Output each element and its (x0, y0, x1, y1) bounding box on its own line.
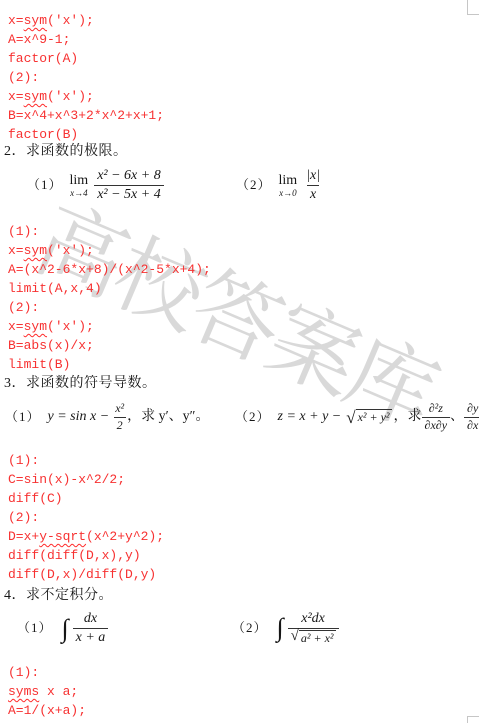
code-text: ('x'); (47, 319, 94, 334)
code-text: ('x'); (47, 13, 94, 28)
radicand: x² + y² (356, 409, 392, 425)
fraction-numerator: x² (112, 402, 127, 417)
square-root: √ x² + y² (346, 409, 391, 425)
formula-item-label: （1） (27, 178, 63, 193)
fraction-denominator: ∂x∂y (422, 417, 451, 433)
fraction-denominator: x + a (73, 628, 109, 646)
code-line: C=sin(x)-x^2/2; (8, 473, 125, 487)
code-line: limit(B) (8, 358, 70, 372)
fraction: x² − 6x + 8 x² − 5x + 4 (94, 168, 164, 203)
code-text: x= (8, 319, 24, 334)
fraction: |x| x (303, 168, 323, 203)
section-heading-limits: 2．求函数的极限。 (4, 144, 128, 160)
fraction: dx x + a (73, 611, 109, 646)
spellcheck-wavy-word: sym (24, 13, 47, 28)
section-heading-derivatives: 3．求函数的符号导数。 (4, 376, 157, 392)
code-text: ('x'); (47, 243, 94, 258)
fraction-denominator: ∂x (464, 417, 479, 433)
lim-subscript: x→0 (279, 188, 297, 198)
formula-integral-2: （2） ∫ x²dx √a² + x² (232, 611, 339, 646)
code-line: x=sym('x'); (8, 244, 94, 258)
code-text: x= (8, 89, 24, 104)
chinese-math-text: ，求 (394, 409, 422, 425)
fraction-numerator: x² − 6x + 8 (94, 168, 164, 185)
code-line: factor(A) (8, 52, 78, 66)
fraction-numerator: x²dx (298, 611, 328, 628)
code-line: factor(B) (8, 128, 78, 142)
spellcheck-wavy-word: sym (24, 243, 47, 258)
formula-item-label: （1） (17, 621, 53, 636)
formula-derivative-1: （1） y = sin x − x² 2 ，求 y′、y″。 (5, 402, 210, 433)
lim-word: lim (70, 174, 89, 188)
code-line: x=sym('x'); (8, 90, 94, 104)
fraction-denominator: x (307, 185, 319, 203)
formula-row-derivatives: （1） y = sin x − x² 2 ，求 y′、y″。 （2） z = x… (0, 402, 479, 450)
integral-sign-icon: ∫ (62, 616, 69, 642)
spellcheck-wavy-word: syms (8, 684, 39, 699)
enumeration-comma: 、 (450, 409, 464, 425)
radical-sign-icon: √ (291, 630, 299, 643)
formula-item-label: （2） (236, 178, 272, 193)
code-line: A=x^9-1; (8, 33, 70, 47)
lim-subscript: x→4 (70, 188, 88, 198)
radical-sign-icon: √ (346, 410, 355, 425)
fraction-numerator: dx (81, 611, 100, 628)
word-document-page: 高校答案库 x=sym('x'); A=x^9-1; factor(A) (2)… (0, 0, 479, 723)
spellcheck-wavy-word: sym (24, 89, 47, 104)
code-text: (x^2+y^2); (86, 529, 164, 544)
code-line: diff(C) (8, 492, 63, 506)
formula-item-label: （1） (5, 410, 41, 425)
fraction: x²dx √a² + x² (288, 611, 339, 646)
code-text: x a; (39, 684, 78, 699)
code-line: B=x^4+x^3+2*x^2+x+1; (8, 109, 164, 123)
fraction-numerator: |x| (303, 168, 323, 185)
fraction-denominator: 2 (114, 417, 126, 433)
code-line: D=x+y-sqrt(x^2+y^2); (8, 530, 164, 544)
code-line: x=sym('x'); (8, 14, 94, 28)
code-text: x= (8, 13, 24, 28)
formula-row-integrals: （1） ∫ dx x + a （2） ∫ x²dx √a² + x² (0, 611, 479, 659)
formula-integral-1: （1） ∫ dx x + a (17, 611, 108, 646)
code-line: (1): (8, 225, 39, 239)
code-line: limit(A,x,4) (8, 282, 102, 296)
fraction: ∂²z ∂x∂y (422, 402, 451, 433)
integral-sign-icon: ∫ (277, 615, 284, 641)
code-line: (2): (8, 511, 39, 525)
formula-derivative-2: （2） z = x + y − √ x² + y² ，求 ∂²z ∂x∂y 、 … (235, 402, 479, 433)
spellcheck-wavy-word: sym (24, 319, 47, 334)
fraction-numerator: ∂²z (426, 402, 446, 417)
formula-row-limits: （1） lim x→4 x² − 6x + 8 x² − 5x + 4 （2） … (0, 168, 479, 216)
section-heading-integrals: 4．求不定积分。 (4, 588, 113, 604)
code-line: (2): (8, 71, 39, 85)
fraction: x² 2 (112, 402, 127, 433)
math-text: z = x + y − (278, 409, 342, 425)
formula-item-label: （2） (235, 410, 271, 425)
code-line: (1): (8, 454, 39, 468)
lim-word: lim (279, 174, 298, 188)
radicand: a² + x² (299, 630, 336, 646)
code-line: x=sym('x'); (8, 320, 94, 334)
formula-limit-2: （2） lim x→0 |x| x (236, 168, 323, 203)
code-line: syms x a; (8, 685, 78, 699)
code-text: D=x+ (8, 529, 39, 544)
code-line: (2): (8, 301, 39, 315)
text-boundary-mark-bottom-right (467, 716, 479, 723)
code-text: ('x'); (47, 89, 94, 104)
code-line: diff(D,x)/diff(D,y) (8, 568, 156, 582)
limit-operator: lim x→0 (279, 174, 298, 198)
fraction-denominator: √a² + x² (288, 628, 339, 646)
code-line: (1): (8, 666, 39, 680)
math-text: y = sin x − (48, 409, 110, 425)
code-line: A=1/(x+a); (8, 704, 86, 718)
limit-operator: lim x→4 (70, 174, 89, 198)
code-line: diff(diff(D,x),y) (8, 549, 141, 563)
code-text: x= (8, 243, 24, 258)
text-boundary-mark-top-right (467, 0, 479, 15)
code-line: A=(x^2-6*x+8)/(x^2-5*x+4); (8, 263, 211, 277)
fraction-numerator: ∂y (464, 402, 479, 417)
spellcheck-wavy-word: y-sqrt (39, 529, 86, 544)
chinese-math-text: ，求 y′、y″。 (127, 409, 209, 425)
formula-limit-1: （1） lim x→4 x² − 6x + 8 x² − 5x + 4 (27, 168, 164, 203)
formula-item-label: （2） (232, 621, 268, 636)
code-line: B=abs(x)/x; (8, 339, 94, 353)
fraction: ∂y ∂x (464, 402, 479, 433)
fraction-denominator: x² − 5x + 4 (94, 185, 164, 203)
